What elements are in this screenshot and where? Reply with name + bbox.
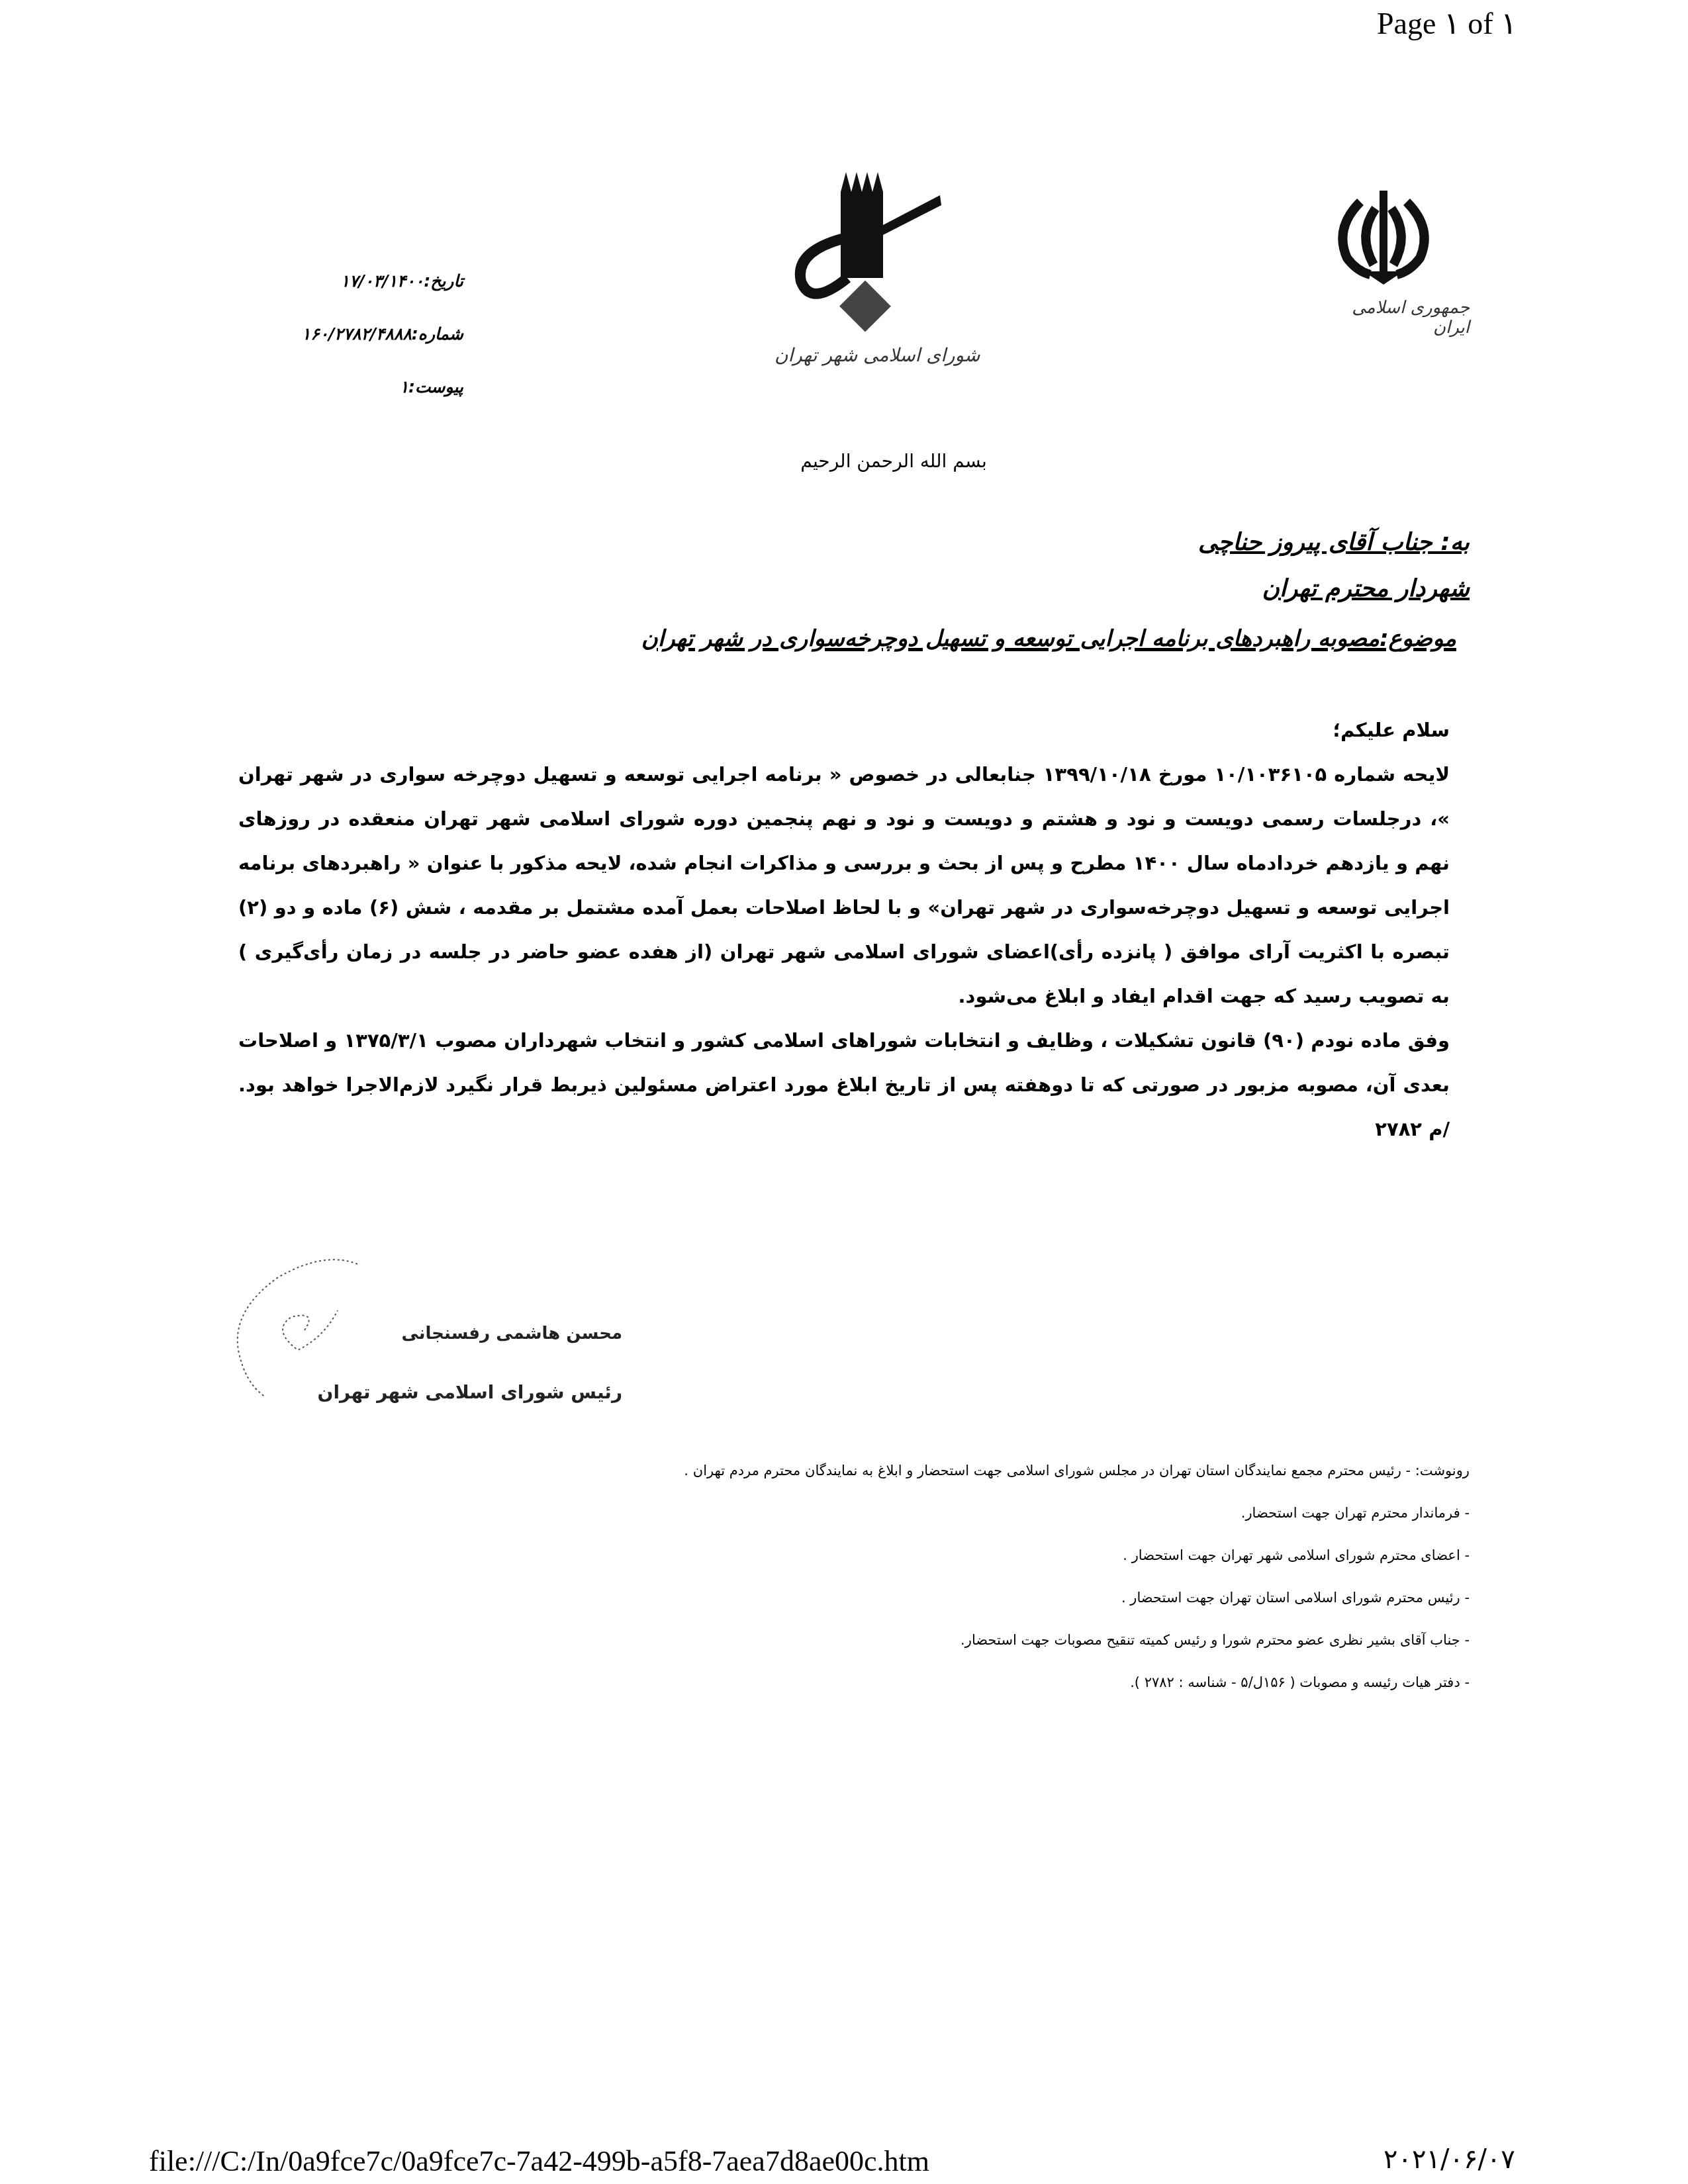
iran-emblem-logo: جمهوری اسلامی ایران <box>1297 172 1470 338</box>
body-paragraph-2: وفق ماده نودم (۹۰) قانون تشکیلات ، وظایف… <box>238 1019 1450 1152</box>
subject-text: موضوع:مصوبه راهبردهای برنامه اجرایی توسع… <box>641 625 1456 652</box>
signatory-name: محسن هاشمی رفسنجانی <box>401 1324 622 1343</box>
greeting: سلام علیکم؛ <box>238 708 1450 752</box>
recipient-name: به: جناب آقای پیروز حناچی <box>1198 529 1470 556</box>
council-logo-caption: شورای اسلامی شهر تهران <box>774 344 980 366</box>
letter-meta: تاریخ:۱۷/۰۳/۱۴۰۰ شماره:۱۶۰/۲۷۸۲/۴۸۸۸ پیو… <box>252 255 463 414</box>
footer-print-date: ۲۰۲۱/۰۶/۰۷ <box>1383 2144 1515 2175</box>
footer-file-url: file:///C:/In/0a9fce7c/0a9fce7c-7a42-499… <box>149 2144 929 2178</box>
signature-block: محسن هاشمی رفسنجانی رئیس شورای اسلامی شه… <box>212 1238 622 1416</box>
bismillah: بسم الله الرحمن الرحیم <box>728 450 1059 472</box>
cc-item: - دفتر هیات رئیسه و مصوبات ( ۱۵۶ل/۵ - شن… <box>490 1661 1470 1704</box>
cc-item: - اعضای محترم شورای اسلامی شهر تهران جهت… <box>490 1534 1470 1576</box>
tehran-council-logo: شورای اسلامی شهر تهران <box>761 165 960 390</box>
letter-attachment: پیوست:۱ <box>252 361 463 414</box>
cc-item: رونوشت: - رئیس محترم مجمع نمایندگان استا… <box>490 1449 1470 1492</box>
letter-number: شماره:۱۶۰/۲۷۸۲/۴۸۸۸ <box>252 308 463 361</box>
signatory-title: رئیس شورای اسلامی شهر تهران <box>317 1381 622 1403</box>
cc-item: - رئیس محترم شورای اسلامی استان تهران جه… <box>490 1576 1470 1619</box>
recipient-title: شهردار محترم تهران <box>1262 575 1470 602</box>
cc-item: - جناب آقای بشیر نظری عضو محترم شورا و ر… <box>490 1619 1470 1661</box>
council-emblem-icon <box>761 165 960 338</box>
cc-list: رونوشت: - رئیس محترم مجمع نمایندگان استا… <box>490 1449 1470 1704</box>
handwritten-signature-icon <box>225 1251 384 1403</box>
letter-date: تاریخ:۱۷/۰۳/۱۴۰۰ <box>252 255 463 308</box>
recipient-block: به: جناب آقای پیروز حناچی شهردار محترم ت… <box>1198 520 1470 612</box>
letter-body: سلام علیکم؛ لایحه شماره ۱۰/۱۰۳۶۱۰۵ مورخ … <box>238 708 1450 1152</box>
body-paragraph-1: لایحه شماره ۱۰/۱۰۳۶۱۰۵ مورخ ۱۳۹۹/۱۰/۱۸ ج… <box>238 752 1450 1019</box>
iran-emblem-caption: جمهوری اسلامی ایران <box>1337 298 1470 338</box>
page-number-header: Page ١ of ١ <box>1377 5 1517 41</box>
subject-line: موضوع:مصوبه راهبردهای برنامه اجرایی توسع… <box>410 625 1456 652</box>
cc-item: - فرماندار محترم تهران جهت استحضار. <box>490 1492 1470 1534</box>
